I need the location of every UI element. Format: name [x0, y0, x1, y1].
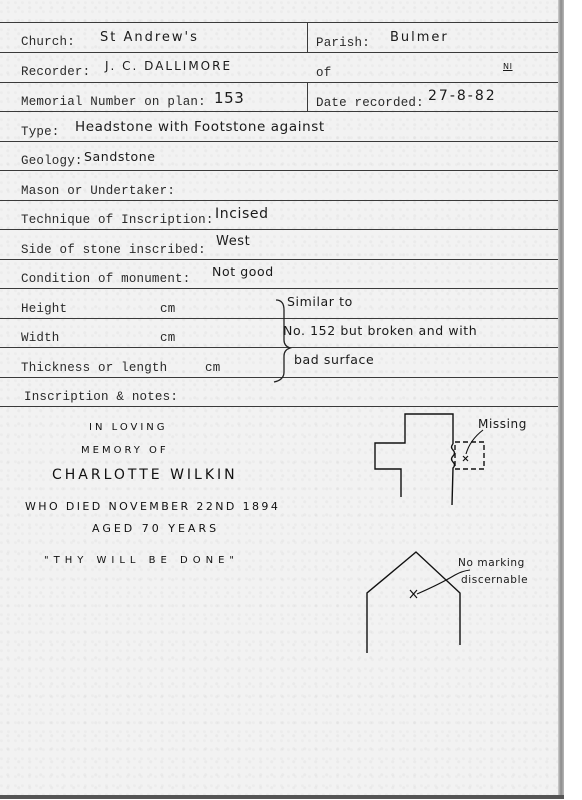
- sketch-layer: [0, 0, 582, 800]
- missing-note: Missing: [478, 417, 527, 431]
- footstone-note-1: No marking: [458, 557, 525, 569]
- brace-icon: [274, 300, 290, 382]
- footstone-sketch: [367, 552, 470, 653]
- footstone-note-2: discernable: [461, 574, 528, 586]
- headstone-cross-sketch: [375, 414, 484, 505]
